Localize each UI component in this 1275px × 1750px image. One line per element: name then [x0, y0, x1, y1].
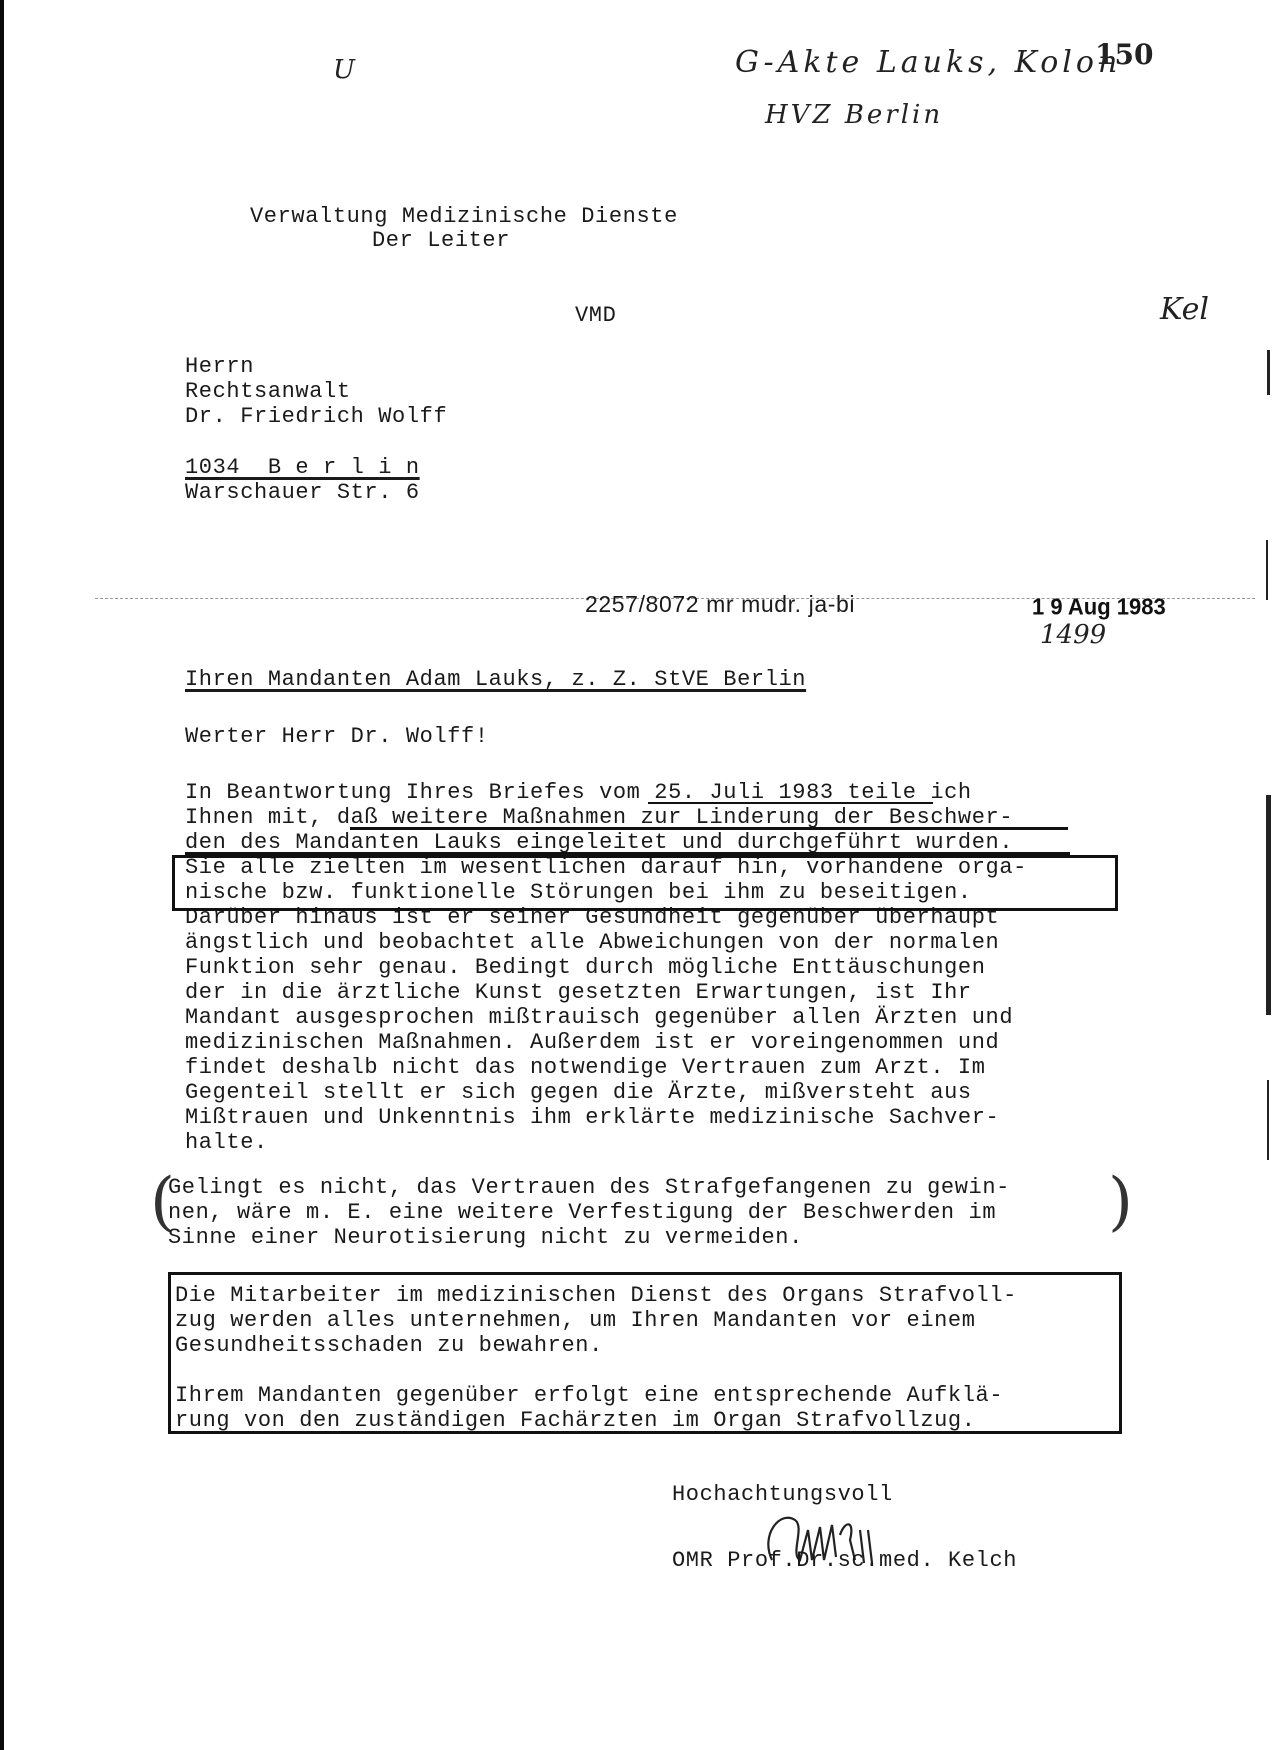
margin-line	[1267, 350, 1270, 395]
recipient-title: Rechtsanwalt	[185, 379, 351, 404]
top-left-mark: U	[333, 55, 355, 85]
sender-code: VMD	[575, 303, 616, 328]
signatory: OMR Prof.Dr.sc.med. Kelch	[672, 1548, 1017, 1573]
p4-line: rung von den zuständigen Fachärzten im O…	[175, 1408, 976, 1433]
handwritten-note-line2: HVZ Berlin	[765, 100, 943, 130]
margin-line	[1267, 1080, 1269, 1160]
p2-line: Gelingt es nicht, das Vertrauen des Stra…	[168, 1175, 1010, 1200]
page-number: 150	[1095, 38, 1153, 71]
greeting: Werter Herr Dr. Wolff!	[185, 724, 489, 749]
recipient-salutation: Herrn	[185, 354, 254, 379]
underline-measures	[350, 827, 1068, 830]
underline-date	[648, 802, 933, 804]
subject-line: Ihren Mandanten Adam Lauks, z. Z. StVE B…	[185, 667, 806, 692]
p1-line: Mißtrauen und Unkenntnis ihm erklärte me…	[185, 1105, 999, 1130]
recipient-street: Warschauer Str. 6	[185, 480, 420, 505]
p1-line: medizinischen Maßnahmen. Außerdem ist er…	[185, 1030, 999, 1055]
p1-line: Gegenteil stellt er sich gegen die Ärzte…	[185, 1080, 972, 1105]
recipient-name: Dr. Friedrich Wolff	[185, 404, 447, 429]
p1-line: der in die ärztliche Kunst gesetzten Erw…	[185, 980, 972, 1005]
p1-line: Mandant ausgesprochen mißtrauisch gegenü…	[185, 1005, 1013, 1030]
sender-department: Verwaltung Medizinische Dienste	[250, 204, 678, 229]
boxed-passage-1	[172, 855, 1118, 911]
registry-number: 1499	[1040, 620, 1106, 650]
p3-line: zug werden alles unternehmen, um Ihren M…	[175, 1308, 976, 1333]
handwritten-note-line1: G-Akte Lauks, Kolon	[735, 45, 1121, 80]
p1-line: findet deshalb nicht das notwendige Vert…	[185, 1055, 986, 1080]
sender-title: Der Leiter	[372, 228, 510, 253]
p1-line: Funktion sehr genau. Bedingt durch mögli…	[185, 955, 986, 980]
p3-line: Die Mitarbeiter im medizinischen Dienst …	[175, 1283, 1017, 1308]
valediction: Hochachtungsvoll	[672, 1482, 893, 1507]
p1-line: halte.	[185, 1130, 268, 1155]
margin-mark: Kel	[1160, 292, 1209, 327]
recipient-city: 1034 B e r l i n	[185, 455, 420, 480]
p2-line: nen, wäre m. E. eine weitere Verfestigun…	[168, 1200, 996, 1225]
margin-line	[1266, 795, 1271, 1015]
p4-line: Ihrem Mandanten gegenüber erfolgt eine e…	[175, 1383, 1003, 1408]
reference-number: 2257/8072 mr mudr. ja-bi	[585, 592, 855, 617]
date-stamp: 1 9 Aug 1983	[1032, 593, 1166, 620]
p3-line: Gesundheitsschaden zu bewahren.	[175, 1333, 603, 1358]
p1-line: ängstlich und beobachtet alle Abweichung…	[185, 930, 999, 955]
close-bracket-mark: )	[1108, 1170, 1133, 1234]
scan-edge	[0, 0, 4, 1750]
p2-line: Sinne einer Neurotisierung nicht zu verm…	[168, 1225, 803, 1250]
margin-line	[1266, 540, 1268, 600]
